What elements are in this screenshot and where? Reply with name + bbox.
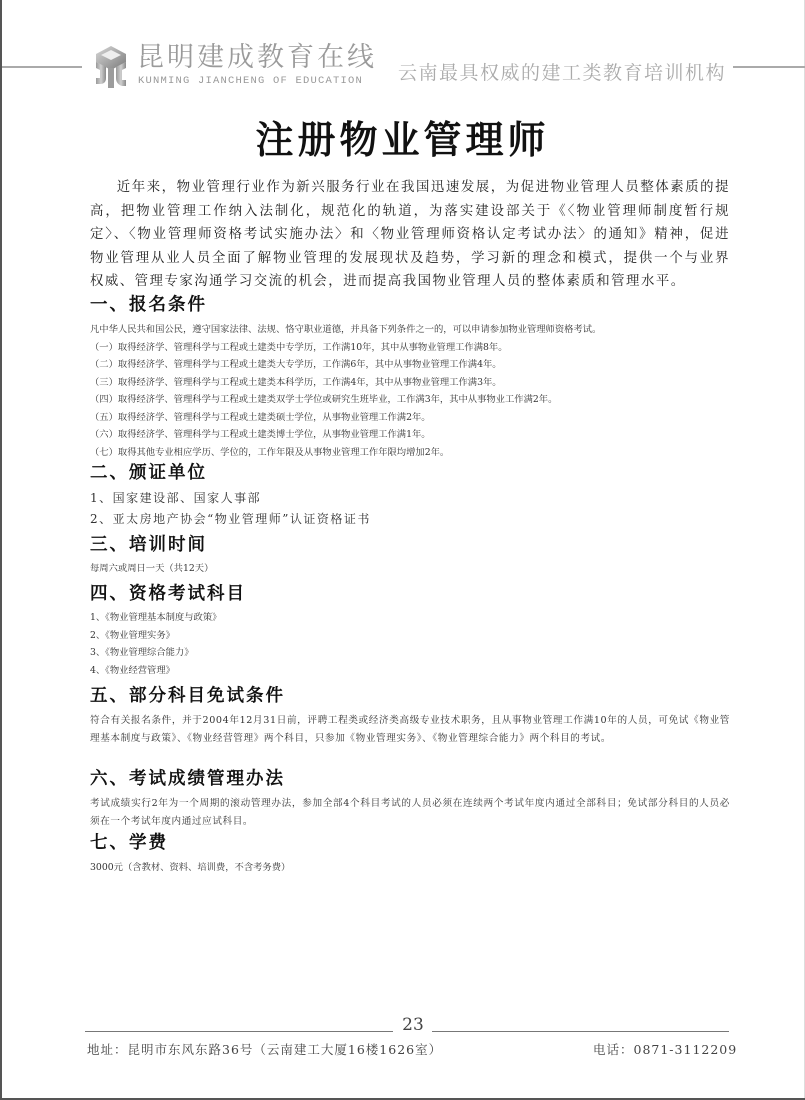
- section-tuition: 七、学费 3000元（含教材、资料、培训费，不含考务费）: [90, 830, 730, 877]
- section-heading: 七、学费: [90, 830, 730, 856]
- section-heading: 三、培训时间: [90, 532, 730, 558]
- list-item: 4、《物业经营管理》: [90, 662, 730, 680]
- page-title: 注册物业管理师: [0, 115, 805, 165]
- section-exam-subjects: 四、资格考试科目 1、《物业管理基本制度与政策》 2、《物业管理实务》 3、《物…: [90, 581, 730, 679]
- section-text: 每周六或周日一天（共12天）: [90, 560, 730, 578]
- section-training-time: 三、培训时间 每周六或周日一天（共12天）: [90, 532, 730, 578]
- jc-cube-logo-icon: [92, 44, 130, 90]
- page-border-left: [0, 0, 2, 1100]
- list-item: （五）取得经济学、管理科学与工程或土建类硕士学位，从事物业管理工作满2年。: [90, 409, 730, 427]
- section-text: 3000元（含教材、资料、培训费，不含考务费）: [90, 859, 730, 877]
- brand-name-cn: 昆明建成教育在线: [137, 42, 377, 74]
- section-certifying-bodies: 二、颁证单位 1、国家建设部、国家人事部 2、亚太房地产协会“物业管理师”认证资…: [90, 460, 730, 530]
- list-item: （四）取得经济学、管理科学与工程或土建类双学士学位或研究生班毕业，工作满3年，其…: [90, 391, 730, 409]
- list-item: （七）取得其他专业相应学历、学位的，工作年限及从事物业管理工作年限均增加2年。: [90, 444, 730, 462]
- section-heading: 一、报名条件: [90, 292, 730, 318]
- list-item: 2、亚太房地产协会“物业管理师”认证资格证书: [90, 509, 730, 530]
- section-text: 符合有关报名条件，并于2004年12月31日前，评聘工程类或经济类高级专业技术职…: [90, 712, 730, 748]
- section-lead: 凡中华人民共和国公民，遵守国家法律、法规、恪守职业道德，并具备下列条件之一的，可…: [90, 321, 730, 339]
- page-number: 23: [396, 1015, 430, 1035]
- footer-address: 地址：昆明市东风东路36号（云南建工大厦16楼1626室）: [87, 1040, 442, 1058]
- document-body: 近年来，物业管理行业作为新兴服务行业在我国迅速发展，为促进物业管理人员整体素质的…: [90, 176, 730, 294]
- list-item: 1、国家建设部、国家人事部: [90, 488, 730, 509]
- header-slogan: 云南最具权威的建工类教育培训机构: [398, 58, 726, 85]
- list-item: （一）取得经济学、管理科学与工程或土建类中专学历，工作满10年，其中从事物业管理…: [90, 339, 730, 357]
- list-item: 2、《物业管理实务》: [90, 627, 730, 645]
- footer-phone: 电话：0871-3112209: [593, 1040, 737, 1058]
- brand-name-en: KUNMING JIANCHENG OF EDUCATION: [138, 75, 363, 87]
- list-item: （二）取得经济学、管理科学与工程或土建类大专学历，工作满6年，其中从事物业管理工…: [90, 356, 730, 374]
- footer-rule-left: [85, 1031, 393, 1032]
- section-exemption-conditions: 五、部分科目免试条件 符合有关报名条件，并于2004年12月31日前，评聘工程类…: [90, 683, 730, 748]
- intro-paragraph: 近年来，物业管理行业作为新兴服务行业在我国迅速发展，为促进物业管理人员整体素质的…: [90, 176, 730, 294]
- section-heading: 二、颁证单位: [90, 460, 730, 486]
- section-text: 考试成绩实行2年为一个周期的滚动管理办法，参加全部4个科目考试的人员必须在连续两…: [90, 795, 730, 831]
- list-item: （六）取得经济学、管理科学与工程或土建类博士学位，从事物业管理工作满1年。: [90, 426, 730, 444]
- header-rule-right: [733, 66, 805, 68]
- header-rule-left: [2, 66, 82, 68]
- list-item: 1、《物业管理基本制度与政策》: [90, 609, 730, 627]
- section-heading: 五、部分科目免试条件: [90, 683, 730, 709]
- section-heading: 六、考试成绩管理办法: [90, 766, 730, 792]
- list-item: 3、《物业管理综合能力》: [90, 644, 730, 662]
- footer-rule-right: [432, 1031, 729, 1032]
- list-item: （三）取得经济学、管理科学与工程或土建类本科学历，工作满4年，其中从事物业管理工…: [90, 374, 730, 392]
- section-heading: 四、资格考试科目: [90, 581, 730, 607]
- section-score-management: 六、考试成绩管理办法 考试成绩实行2年为一个周期的滚动管理办法，参加全部4个科目…: [90, 766, 730, 831]
- section-eligibility: 一、报名条件 凡中华人民共和国公民，遵守国家法律、法规、恪守职业道德，并具备下列…: [90, 292, 730, 461]
